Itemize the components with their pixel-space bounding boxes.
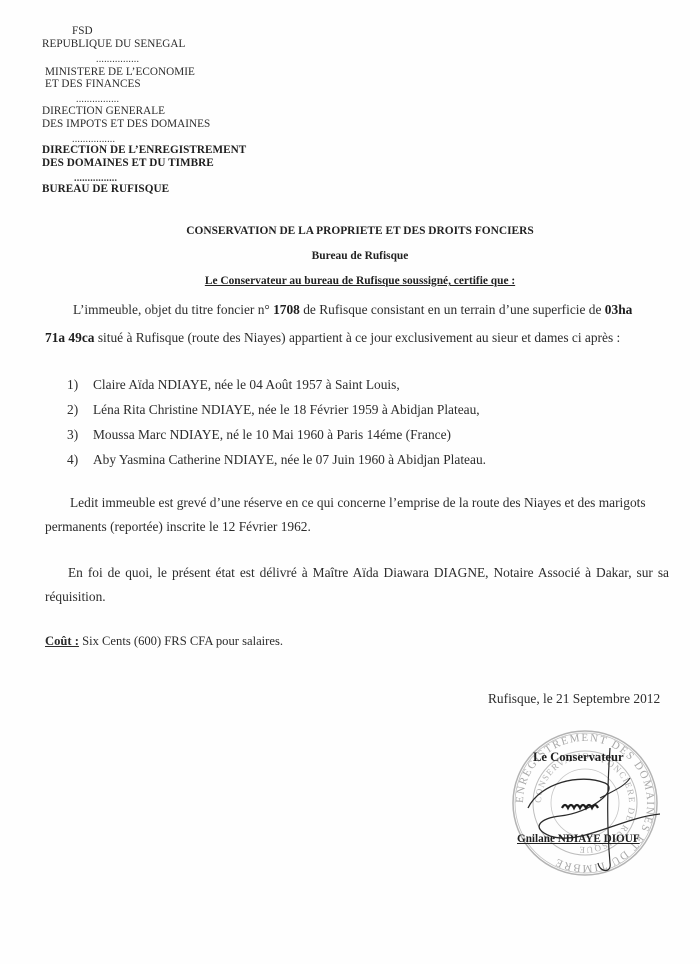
owner-item: 4)Aby Yasmina Catherine NDIAYE, née le 0… [67,452,486,468]
header-ministry-line1: MINISTERE DE L’ECONOMIE [45,66,195,78]
header-republic: REPUBLIQUE DU SENEGAL [42,38,185,50]
header-bureau: BUREAU DE RUFISQUE [42,183,169,195]
owner-number: 4) [67,452,93,468]
document-subtitle: Bureau de Rufisque [0,250,700,262]
owner-item: 1)Claire Aïda NDIAYE, née le 04 Août 195… [67,377,400,393]
header-separator: ................ [76,96,119,104]
owner-number: 3) [67,427,93,443]
owner-text: Léna Rita Christine NDIAYE, née le 18 Fé… [93,402,480,417]
header-direction-generale-line2: DES IMPOTS ET DES DOMAINES [42,118,210,130]
header-separator: ................ [96,56,139,64]
owner-item: 3)Moussa Marc NDIAYE, né le 10 Mai 1960 … [67,427,451,443]
owner-text: Aby Yasmina Catherine NDIAYE, née le 07 … [93,452,486,467]
header-ministry-line2: ET DES FINANCES [45,78,141,90]
header-direction-enregistrement-line1: DIRECTION DE L’ENREGISTREMENT [42,144,246,156]
owner-number: 2) [67,402,93,418]
intro-text-b: de Rufisque consistant en un terrain d’u… [300,302,605,317]
place-date: Rufisque, le 21 Septembre 2012 [488,691,660,707]
intro-line-1: L’immeuble, objet du titre foncier n° 17… [73,302,632,318]
signatory-name: Gnilane NDIAYE DIOUF [517,833,640,845]
cost-line: Coût : Six Cents (600) FRS CFA pour sala… [45,634,283,649]
intro-text-a: L’immeuble, objet du titre foncier n° [73,302,273,317]
delivery-line-2: réquisition. [45,589,106,605]
signatory-title: Le Conservateur [533,750,624,765]
cost-value: Six Cents (600) FRS CFA pour salaires. [79,634,283,648]
cost-label: Coût : [45,634,79,648]
delivery-line-1: En foi de quoi, le présent état est déli… [68,565,669,581]
header-separator: ................ [72,136,115,144]
header-direction-enregistrement-line2: DES DOMAINES ET DU TIMBRE [42,157,214,169]
owner-text: Moussa Marc NDIAYE, né le 10 Mai 1960 à … [93,427,451,442]
reserve-line-2: permanents (reportée) inscrite le 12 Fév… [45,519,311,535]
owner-item: 2)Léna Rita Christine NDIAYE, née le 18 … [67,402,480,418]
owner-number: 1) [67,377,93,393]
certify-heading: Le Conservateur au bureau de Rufisque so… [0,275,700,287]
intro-text-c: situé à Rufisque (route des Niayes) appa… [94,330,620,345]
header-separator: ................ [74,175,117,183]
document-title: CONSERVATION DE LA PROPRIETE ET DES DROI… [0,225,700,237]
area-ares-centiares: 71a 49ca [45,330,94,345]
owner-text: Claire Aïda NDIAYE, née le 04 Août 1957 … [93,377,400,392]
area-hectares: 03ha [605,302,633,317]
document-page: FSD REPUBLIQUE DU SENEGAL ..............… [0,0,700,964]
reserve-line-1: Ledit immeuble est grevé d’une réserve e… [70,495,646,511]
header-direction-generale-line1: DIRECTION GENERALE [42,105,165,117]
header-fsd: FSD [72,25,93,37]
intro-line-2: 71a 49ca situé à Rufisque (route des Nia… [45,330,620,346]
title-number: 1708 [273,302,300,317]
